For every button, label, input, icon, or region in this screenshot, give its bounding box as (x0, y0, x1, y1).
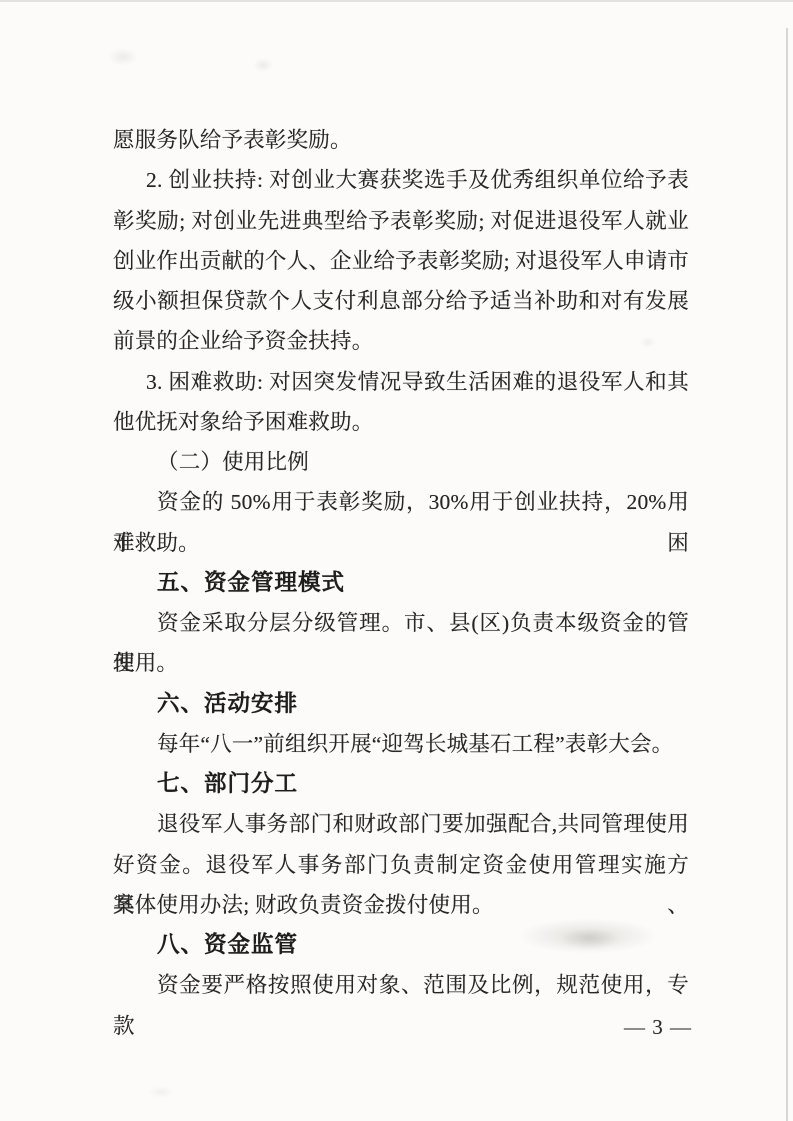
scan-noise-speckle (253, 58, 273, 72)
section-heading: 五、资金管理模式 (113, 563, 689, 603)
body-line: 他优抚对象给予困难救助。 (113, 402, 689, 442)
body-line: 退役军人事务部门和财政部门要加强配合,共同管理使用 (113, 804, 689, 844)
page-number: — 3 — (618, 1013, 698, 1041)
body-line: 资金的 50%用于表彰奖励，30%用于创业扶持，20%用于困 (113, 482, 689, 522)
scan-edge-right (786, 28, 788, 1121)
body-line: 每年“八一”前组织开展“迎驾长城基石工程”表彰大会。 (113, 724, 689, 764)
document-body: 愿服务队给予表彰奖励。 2. 创业扶持: 对创业大赛获奖选手及优秀组织单位给予表… (113, 120, 689, 1006)
body-line: 愿服务队给予表彰奖励。 (113, 120, 689, 160)
section-heading: 六、活动安排 (113, 684, 689, 724)
sub-heading: （二）使用比例 (113, 442, 689, 482)
body-line: 创业作出贡献的个人、企业给予表彰奖励; 对退役军人申请市 (113, 241, 689, 281)
body-line: 2. 创业扶持: 对创业大赛获奖选手及优秀组织单位给予表 (113, 160, 689, 200)
section-heading: 七、部门分工 (113, 764, 689, 804)
body-line: 资金采取分层分级管理。市、县(区)负责本级资金的管理 (113, 603, 689, 643)
body-line: 3. 困难救助: 对因突发情况导致生活困难的退役军人和其 (113, 362, 689, 402)
body-line: 彰奖励; 对创业先进典型给予表彰奖励; 对促进退役军人就业 (113, 201, 689, 241)
body-line: 前景的企业给予资金扶持。 (113, 321, 689, 361)
scan-noise-speckle (108, 48, 138, 66)
scan-noise-speckle (148, 1086, 174, 1098)
body-line: 级小额担保贷款个人支付利息部分给予适当补助和对有发展 (113, 281, 689, 321)
scan-edge-top (0, 0, 793, 2)
section-heading: 八、资金监管 (113, 925, 689, 965)
scanned-document-page: 愿服务队给予表彰奖励。 2. 创业扶持: 对创业大赛获奖选手及优秀组织单位给予表… (0, 0, 793, 1121)
body-line: 好资金。退役军人事务部门负责制定资金使用管理实施方案、 (113, 845, 689, 885)
body-line: 使用。 (113, 643, 689, 683)
body-line: 资金要严格按照使用对象、范围及比例，规范使用，专款 (113, 965, 689, 1005)
